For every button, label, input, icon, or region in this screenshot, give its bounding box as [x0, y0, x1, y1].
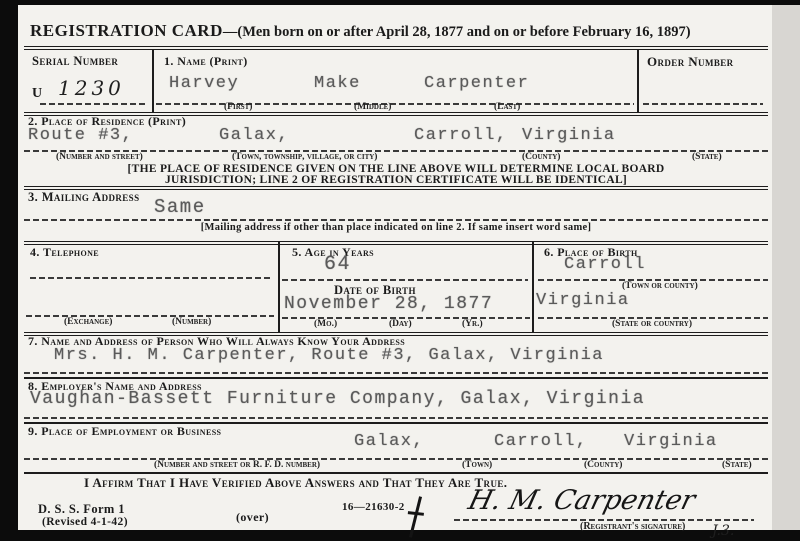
telephone-sub-exchange: (Exchange)	[64, 317, 112, 327]
birth-sub-state: (State or country)	[612, 319, 692, 329]
employment-fill-line	[24, 458, 768, 460]
employer-fill-line	[24, 417, 768, 419]
birth-state-value: Virginia	[536, 291, 630, 310]
card-title-qualifier: —(Men born on or after April 28, 1877 an…	[223, 24, 691, 40]
row-telephone-age-birth: 4. Telephone (Exchange) (Number) 5. Age …	[24, 241, 768, 336]
divider-serial-name	[152, 50, 154, 112]
serial-prefix: U	[32, 86, 42, 102]
residence-town-value: Galax,	[219, 126, 289, 145]
divider-name-order	[637, 50, 639, 112]
mailing-note: [Mailing address if other than place ind…	[24, 222, 768, 233]
signature-label: (Registrant's signature)	[580, 521, 685, 532]
date-of-birth-value: November 28, 1877	[284, 294, 493, 314]
employment-sub-town: (Town)	[462, 460, 492, 470]
residence-street-value: Route #3,	[28, 126, 133, 145]
telephone-fill-line-1	[30, 277, 272, 279]
employment-sub-county: (County)	[584, 460, 622, 470]
employer-value: Vaughan-Bassett Furniture Company, Galax…	[30, 389, 645, 409]
registrant-signature: H. M. Carpenter	[465, 485, 698, 516]
serial-number-value: 1230	[58, 76, 125, 100]
over-note: (over)	[236, 510, 269, 525]
dob-sub-year: (Yr.)	[462, 319, 483, 329]
employment-town-value: Galax,	[354, 432, 424, 451]
name-label: 1. Name (Print)	[164, 54, 248, 69]
contact-fill-line	[24, 372, 768, 374]
dob-sub-day: (Day)	[389, 319, 412, 329]
contact-person-value: Mrs. H. M. Carpenter, Route #3, Galax, V…	[54, 346, 604, 365]
registration-card: REGISTRATION CARD—(Men born on or after …	[24, 5, 768, 530]
birth-town-value: Carroll	[564, 255, 646, 274]
telephone-sub-number: (Number)	[172, 317, 211, 327]
name-sub-middle: (Middle)	[354, 102, 391, 112]
order-number-label: Order Number	[647, 54, 734, 70]
row-footer: D. S. S. Form 1 (Revised 4-1-42) (over) …	[24, 494, 768, 530]
row-place-of-employment: 9. Place of Employment or Business Galax…	[24, 422, 768, 474]
row-contact-person: 7. Name and Address of Person Who Will A…	[24, 332, 768, 379]
serial-number-label: Serial Number	[32, 54, 118, 69]
mailing-address-label: 3. Mailing Address	[28, 190, 139, 205]
residence-sub-state: (State)	[692, 152, 722, 162]
employment-state-value: Virginia	[624, 432, 718, 451]
form-revision: (Revised 4-1-42)	[42, 516, 128, 528]
name-sub-first: (First)	[224, 102, 252, 112]
affirmation-text: I Affirm That I Have Verified Above Answ…	[84, 475, 507, 491]
row-serial-name-order: Serial Number U 1230 1. Name (Print) Har…	[24, 50, 768, 116]
row-place-of-residence: 2. Place of Residence (Print) Route #3, …	[24, 112, 768, 190]
scan-edge-shade	[772, 5, 800, 530]
residence-sub-street: (Number and street)	[56, 152, 143, 162]
name-sub-last: (Last)	[494, 102, 520, 112]
form-number: D. S. S. Form 1	[38, 502, 125, 517]
print-code: 16—21630-2	[342, 501, 405, 513]
order-number-fill-line	[643, 103, 763, 105]
employment-sub-street: (Number and street or R. F. D. number)	[154, 460, 320, 470]
row-employer: 8. Employer's Name and Address Vaughan-B…	[24, 377, 768, 424]
age-value: 64	[324, 253, 351, 276]
divider-age-birth	[532, 241, 534, 332]
signature-extra-mark: J.3.	[712, 523, 734, 539]
birth-sub-town: (Town or county)	[622, 281, 698, 291]
mailing-address-value: Same	[154, 196, 206, 218]
telephone-label: 4. Telephone	[30, 245, 99, 260]
name-last-value: Carpenter	[424, 74, 529, 93]
residence-sub-town: (Town, township, village, or city)	[232, 152, 377, 162]
dob-sub-month: (Mo.)	[314, 319, 337, 329]
serial-fill-line	[40, 103, 146, 105]
residence-county-value: Carroll,	[414, 126, 508, 145]
scan-border-left	[0, 0, 18, 541]
name-first-value: Harvey	[169, 74, 239, 93]
residence-state-value: Virginia	[522, 126, 616, 145]
residence-note-line2: JURISDICTION; LINE 2 OF REGISTRATION CER…	[24, 174, 768, 186]
card-title-row: REGISTRATION CARD—(Men born on or after …	[24, 5, 768, 50]
name-middle-value: Make	[314, 74, 361, 93]
scanned-draft-registration-card: REGISTRATION CARD—(Men born on or after …	[0, 0, 800, 541]
employment-place-label: 9. Place of Employment or Business	[28, 424, 221, 439]
card-title: REGISTRATION CARD	[30, 21, 223, 40]
employment-county-value: Carroll,	[494, 432, 588, 451]
employment-sub-state: (State)	[722, 460, 752, 470]
row-mailing-address: 3. Mailing Address Same [Mailing address…	[24, 186, 768, 245]
age-fill-line	[282, 279, 528, 281]
mailing-fill-line	[24, 219, 768, 221]
residence-sub-county: (County)	[522, 152, 560, 162]
divider-telephone-age	[278, 241, 280, 332]
